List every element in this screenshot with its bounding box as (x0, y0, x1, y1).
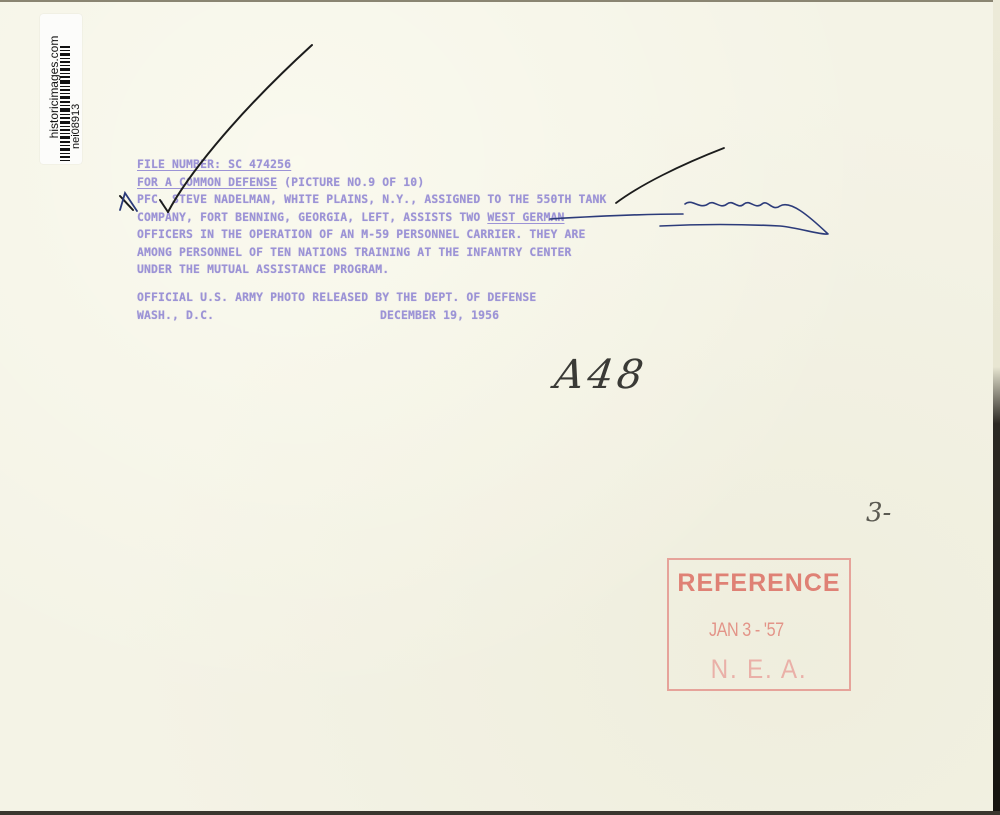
barcode-label: historicimages.com (40, 14, 82, 164)
handwritten-corner-mark: 3- (866, 498, 891, 528)
typed-caption: FILE NUMBER: SC 474256 FOR A COMMON DEFE… (137, 156, 607, 279)
barcode-icon (60, 46, 70, 176)
scan-right-edge (993, 0, 1000, 815)
caption-line-5: UNDER THE MUTUAL ASSISTANCE PROGRAM. (137, 262, 389, 276)
caption-underlined-phrase: WEST GERMAN (487, 210, 564, 224)
picture-number: (PICTURE NO.9 OF 10) (284, 175, 424, 189)
series-title: FOR A COMMON DEFENSE (137, 175, 277, 189)
stamp-date: JAN 3 - '57 (709, 620, 784, 642)
stamp-title: REFERENCE (669, 569, 849, 598)
handwritten-catalog-mark: A48 (552, 352, 650, 398)
photo-back-page (0, 0, 994, 813)
scan-top-edge (0, 0, 1000, 2)
caption-line-2: COMPANY, FORT BENNING, GEORGIA, LEFT, AS… (137, 210, 487, 224)
reference-stamp: REFERENCE JAN 3 - '57 N. E. A. (667, 558, 851, 691)
caption-line-4: AMONG PERSONNEL OF TEN NATIONS TRAINING … (137, 245, 571, 259)
barcode-code-text: nei08913 (70, 0, 82, 154)
scan-bottom-edge (0, 811, 1000, 815)
release-date: DECEMBER 19, 1956 (380, 306, 499, 324)
release-line: OFFICIAL U.S. ARMY PHOTO RELEASED BY THE… (137, 290, 536, 304)
file-number: FILE NUMBER: SC 474256 (137, 157, 291, 171)
barcode-site-text: historicimages.com (47, 12, 61, 162)
caption-line-3: OFFICERS IN THE OPERATION OF AN M-59 PER… (137, 227, 586, 241)
release-location: WASH., D.C. (137, 308, 214, 322)
caption-line-1: PFC. STEVE NADELMAN, WHITE PLAINS, N.Y.,… (137, 192, 607, 206)
stamp-org: N. E. A. (678, 654, 840, 685)
